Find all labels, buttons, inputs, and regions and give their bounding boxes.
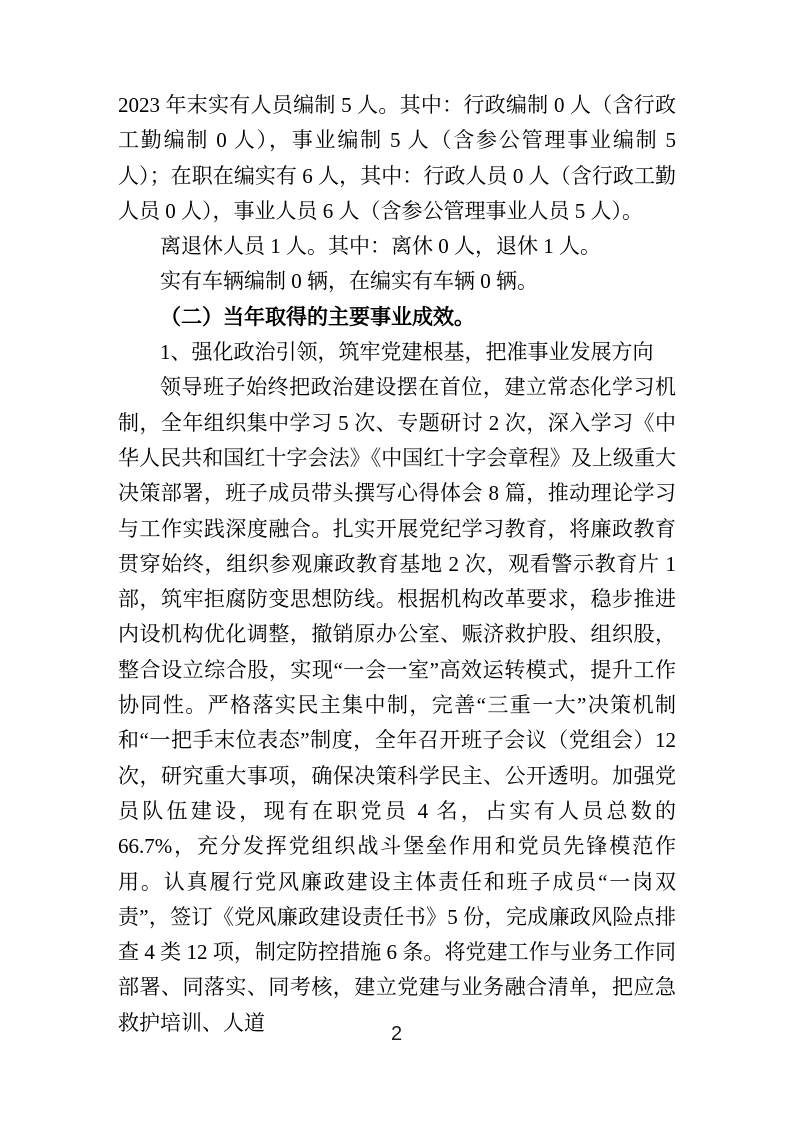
paragraph: 实有车辆编制 0 辆，在编实有车辆 0 辆。 [118,264,676,299]
paragraph: 1、强化政治引领，筑牢党建根基，把准事业发展方向 [118,335,676,370]
paragraph: 领导班子始终把政治建设摆在首位，建立常态化学习机制，全年组织集中学习 5 次、专… [118,370,676,1041]
document-page: 2023 年末实有人员编制 5 人。其中：行政编制 0 人（含行政工勤编制 0 … [0,0,793,1122]
page-footer: 2 [0,1023,793,1045]
paragraph: 2023 年末实有人员编制 5 人。其中：行政编制 0 人（含行政工勤编制 0 … [118,88,676,229]
page-number: 2 [391,1023,402,1045]
paragraph: 离退休人员 1 人。其中：离休 0 人，退休 1 人。 [118,229,676,264]
document-body: 2023 年末实有人员编制 5 人。其中：行政编制 0 人（含行政工勤编制 0 … [118,88,676,1041]
section-heading: （二）当年取得的主要事业成效。 [118,300,676,335]
